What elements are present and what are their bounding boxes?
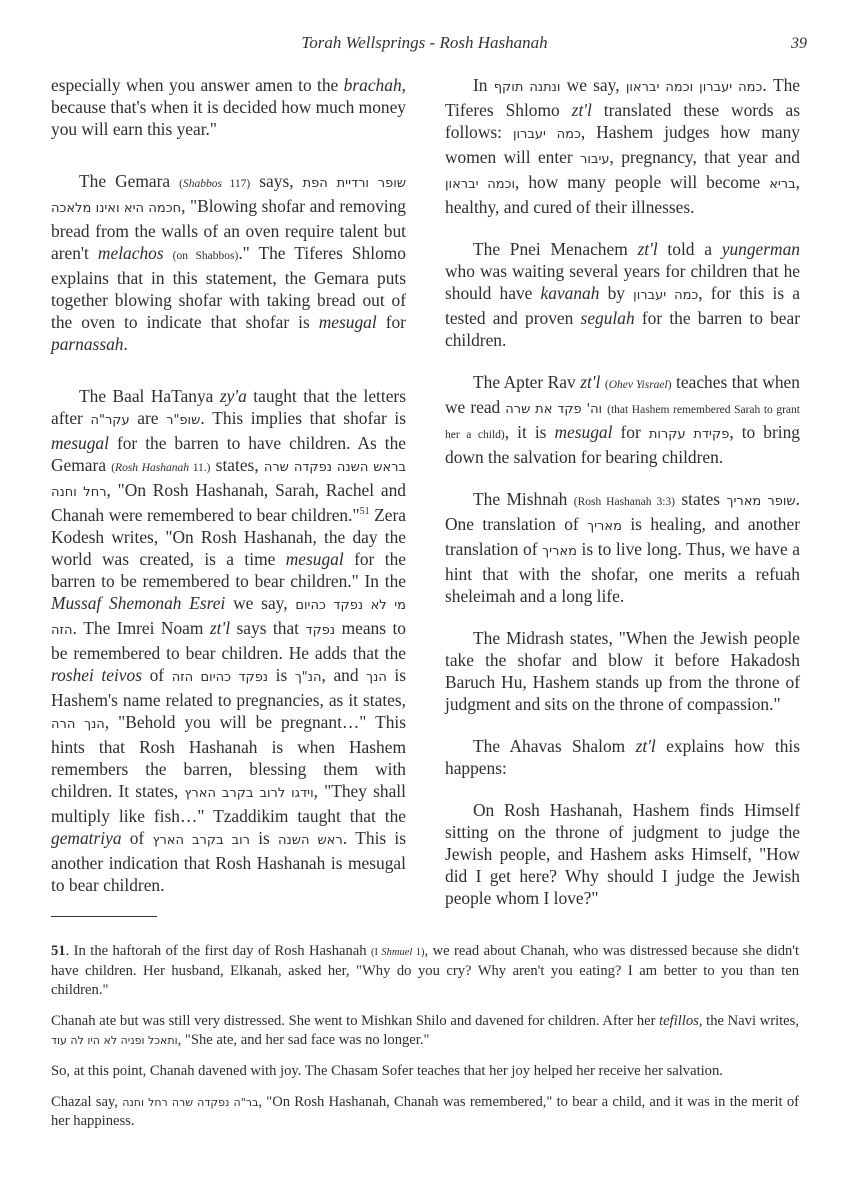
paragraph: especially when you answer amen to the b…: [51, 74, 406, 140]
italic-term: yungerman: [722, 239, 800, 259]
italic-term: Mussaf Shemonah Esrei: [51, 593, 225, 613]
paragraph: The Midrash states, "When the Jewish peo…: [445, 627, 800, 715]
hebrew-text: הנך הרה: [51, 717, 105, 732]
hebrew-text: עיבור: [580, 152, 609, 167]
text-run: states: [675, 489, 726, 509]
italic-term: mesugal: [286, 549, 344, 569]
text-run: [164, 243, 173, 263]
text-run: , "She ate, and her sad face was no long…: [178, 1032, 430, 1048]
italic-term: mesugal: [319, 312, 377, 332]
text-run: the Navi writes,: [703, 1013, 800, 1029]
text-run: Chanah ate but was still very distressed…: [51, 1013, 659, 1029]
hebrew-text: וכמה יבראון: [445, 177, 515, 192]
italic-term: brachah: [344, 75, 402, 95]
text-run: In: [473, 75, 494, 95]
italic-term: tefillos,: [659, 1013, 702, 1029]
paragraph: The Ahavas Shalom zt'l explains how this…: [445, 735, 800, 779]
hebrew-text: מאריך: [587, 519, 622, 534]
paragraph: The Pnei Menachem zt'l told a yungerman …: [445, 238, 800, 351]
text-run: told a: [658, 239, 722, 259]
hebrew-text: וה' פקד את שרה: [505, 402, 602, 417]
italic-term: zt'l: [636, 736, 656, 756]
italic-term: mesugal: [51, 433, 109, 453]
text-run: The Pnei Menachem: [473, 239, 638, 259]
text-run: for: [377, 312, 406, 332]
source-reference: Shabbos: [183, 178, 222, 190]
source-reference: (Rosh Hashanah 3:3): [574, 496, 675, 508]
text-run: is: [250, 828, 278, 848]
hebrew-text: ראש השנה: [278, 833, 343, 848]
italic-term: mesugal: [554, 422, 612, 442]
source-reference: Shmuel: [381, 947, 412, 958]
footnote: Chazal say, בר"ה נפקדה שרה רחל וחנה, "On…: [51, 1093, 799, 1131]
text-run: The Midrash states, "When the Jewish peo…: [445, 628, 800, 714]
footnotes: 51. In the haftorah of the first day of …: [51, 942, 799, 1143]
text-run: The Baal HaTanya: [79, 386, 220, 406]
text-run: , pregnancy, that year and: [610, 147, 800, 167]
running-head: Torah Wellsprings - Rosh Hashanah 39: [0, 33, 849, 57]
text-run: , it is: [505, 422, 555, 442]
text-run: The Ahavas Shalom: [473, 736, 636, 756]
hebrew-text: נפקד כהיום הזה: [172, 670, 268, 685]
source-reference: 117): [222, 178, 250, 190]
hebrew-text: ותאכל ופניה לא היו לה עוד: [51, 1034, 178, 1047]
italic-term: zt'l: [210, 618, 230, 638]
hebrew-text: נפקד: [305, 623, 335, 638]
paragraph: On Rosh Hashanah, Hashem finds Himself s…: [445, 799, 800, 909]
hebrew-text: עקר"ה: [90, 413, 129, 428]
text-run: for: [612, 422, 648, 442]
text-run: On Rosh Hashanah, Hashem finds Himself s…: [445, 800, 800, 908]
text-run: of: [122, 828, 153, 848]
footnote: Chanah ate but was still very distressed…: [51, 1012, 799, 1050]
italic-term: roshei teivos: [51, 665, 142, 685]
italic-term: parnassah: [51, 334, 123, 354]
hebrew-text: כמה יעברון: [633, 288, 698, 303]
text-run: , and: [322, 665, 367, 685]
text-run: is: [268, 665, 295, 685]
text-run: The Gemara: [79, 171, 179, 191]
hebrew-text: הנ"ך: [295, 670, 322, 685]
hebrew-text: רוב בקרב הארץ: [152, 833, 250, 848]
paragraph: The Baal HaTanya zy'a taught that the le…: [51, 385, 406, 896]
hebrew-text: כמה יעברון: [513, 127, 581, 142]
text-run: especially when you answer amen to the: [51, 75, 344, 95]
hebrew-text: שופ"ר: [166, 413, 200, 428]
italic-term: gematriya: [51, 828, 122, 848]
hebrew-text: שופר מאריך: [726, 494, 795, 509]
italic-term: zt'l: [638, 239, 658, 259]
hebrew-text: כמה יעברון וכמה יבראון: [626, 80, 763, 95]
source-reference: Rosh Hashanah: [115, 462, 189, 474]
text-run: says that: [230, 618, 305, 638]
text-run: . In the haftorah of the first day of Ro…: [66, 943, 371, 959]
footnote: 51. In the haftorah of the first day of …: [51, 942, 799, 1000]
text-run: says,: [250, 171, 302, 191]
hebrew-text: פקידת עקרות: [649, 427, 730, 442]
text-run: by: [599, 283, 633, 303]
footnote-divider: [51, 916, 157, 917]
footnote: So, at this point, Chanah davened with j…: [51, 1062, 799, 1081]
source-reference: 11.): [189, 462, 210, 474]
text-run: . The Imrei Noam: [73, 618, 210, 638]
footnote-marker[interactable]: 51: [360, 506, 370, 517]
italic-term: zt'l: [572, 100, 592, 120]
text-run: The Mishnah: [473, 489, 574, 509]
source-reference: (I: [371, 947, 381, 958]
page-number: 39: [791, 35, 807, 53]
source-reference: (on Shabbos): [173, 250, 239, 262]
italic-term: zy'a: [220, 386, 247, 406]
book-page: Torah Wellsprings - Rosh Hashanah 39 esp…: [0, 0, 849, 1200]
italic-term: zt'l: [580, 372, 600, 392]
hebrew-text: הנך: [366, 670, 387, 685]
right-column: In ונתנה תוקף we say, כמה יעברון וכמה יב…: [445, 74, 800, 929]
left-column: especially when you answer amen to the b…: [51, 74, 406, 916]
italic-term: segulah: [581, 308, 635, 328]
paragraph: In ונתנה תוקף we say, כמה יעברון וכמה יב…: [445, 74, 800, 218]
text-run: we say,: [225, 593, 295, 613]
hebrew-text: מאריך: [542, 544, 577, 559]
text-run: .: [123, 334, 127, 354]
paragraph: The Gemara (Shabbos 117) says, שופר ורדי…: [51, 170, 406, 355]
paragraph: The Apter Rav zt'l (Ohev Yisrael) teache…: [445, 371, 800, 468]
footnote-number: 51: [51, 943, 66, 959]
text-run: . This implies that shofar is: [200, 408, 406, 428]
hebrew-text: בריא: [769, 177, 795, 192]
text-run: Chazal say,: [51, 1094, 122, 1110]
text-run: are: [130, 408, 166, 428]
text-run: The Apter Rav: [473, 372, 580, 392]
hebrew-text: בר"ה נפקדה שרה רחל וחנה: [122, 1096, 258, 1109]
text-run: states,: [211, 455, 264, 475]
hebrew-text: וידגו לרוב בקרב הארץ: [184, 786, 313, 801]
running-title: Torah Wellsprings - Rosh Hashanah: [0, 33, 849, 53]
text-run: So, at this point, Chanah davened with j…: [51, 1063, 723, 1079]
italic-term: kavanah: [541, 283, 600, 303]
text-run: , how many people will become: [515, 172, 769, 192]
source-reference: 1): [412, 947, 424, 958]
text-run: we say,: [560, 75, 625, 95]
text-run: of: [142, 665, 172, 685]
source-reference: Ohev Yisrael: [609, 379, 668, 391]
paragraph: The Mishnah (Rosh Hashanah 3:3) states ש…: [445, 488, 800, 607]
hebrew-text: ונתנה תוקף: [494, 80, 561, 95]
italic-term: melachos: [98, 243, 164, 263]
